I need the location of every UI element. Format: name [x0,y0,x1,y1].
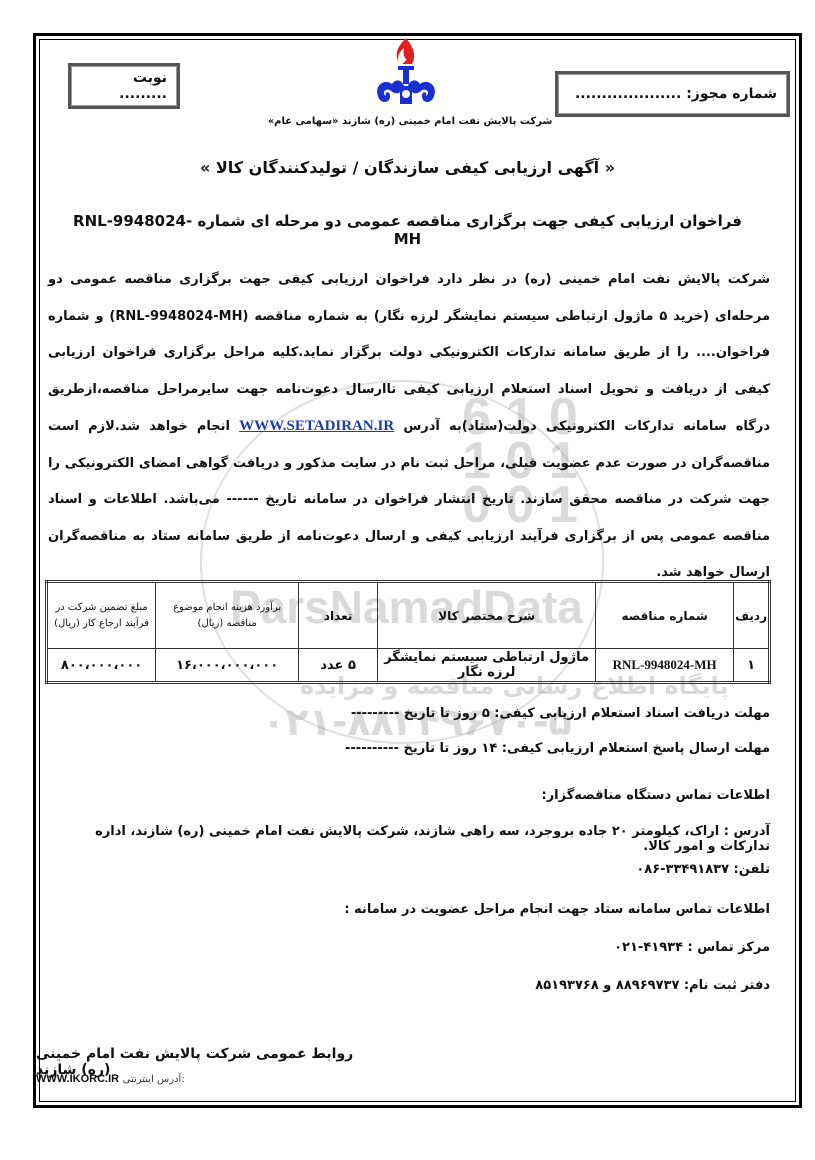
cell-item-description: ماژول ارتباطی سیستم نمایشگر لرزه نگار [378,649,596,683]
turn-number-label: نوبت ......... [81,70,167,102]
setadiran-link[interactable]: WWW.SETADIRAN.IR [239,418,394,434]
table-header-row: ردیف شماره مناقصه شرح مختصر کالا تعداد ب… [47,582,770,649]
announcement-subtitle: فراخوان ارزیابی کیفی جهت برگزاری مناقصه … [60,212,755,248]
tender-table: ردیف شماره مناقصه شرح مختصر کالا تعداد ب… [45,580,771,684]
contact-heading: اطلاعات تماس دستگاه مناقصه‌گزار: [48,788,770,803]
company-subtitle: شرکت پالایش نفت امام خمینی (ره) شازند «س… [250,116,570,127]
body-part-2: انجام خواهد شد.لازم است مناقصه‌گران در ص… [48,419,770,580]
contact-address: آدرس : اراک، کیلومتر ۲۰ جاده بروجرد، سه … [48,824,770,854]
setad-registration-office: دفتر ثبت نام: ۸۸۹۶۹۷۳۷ و ۸۵۱۹۳۷۶۸ [48,978,770,993]
header-item-description: شرح مختصر کالا [378,582,596,649]
header-quantity: تعداد [299,582,378,649]
setad-contact-heading: اطلاعات تماس سامانه ستاد جهت انجام مراحل… [48,902,770,917]
deadline-receive: مهلت دریافت اسناد استعلام ارزیابی کیفی: … [48,706,770,721]
contact-phone: تلفن: ۳۳۴۹۱۸۳۷-۰۸۶ [48,862,770,877]
ikorc-website-link[interactable]: WWW.IKORC.IR [36,1073,119,1085]
deadline-submit: مهلت ارسال پاسخ استعلام ارزیابی کیفی: ۱۴… [48,741,770,756]
header-tender-number: شماره مناقصه [596,582,734,649]
cell-row-number: ۱ [734,649,770,683]
permit-number-label: شماره مجوز: .................... [575,86,777,102]
cell-quantity: ۵ عدد [299,649,378,683]
permit-number-box: شماره مجوز: .................... [555,71,790,117]
cell-cost-estimate: ۱۶،۰۰۰،۰۰۰،۰۰۰ [156,649,299,683]
announcement-title: « آگهی ارزیابی کیفی سازندگان / تولیدکنند… [60,158,755,177]
announcement-body: شرکت پالایش نفت امام خمینی (ره) در نظر د… [48,262,770,592]
cell-tender-number: RNL-9948024-MH [596,649,734,683]
website-label: آدرس اینترنتی: [123,1074,185,1085]
header-cost-estimate: برآورد هزینه انجام موضوع مناقصه (ریال) [156,582,299,649]
table-row: ۱ RNL-9948024-MH ماژول ارتباطی سیستم نما… [47,649,770,683]
turn-number-box: نوبت ......... [68,63,180,109]
header-row-number: ردیف [734,582,770,649]
footer-website: WWW.IKORC.IR آدرس اینترنتی: [36,1072,185,1085]
nioc-flame-logo-icon [366,34,446,114]
header-guarantee-amount: مبلغ تضمین شرکت در فرآیند ارجاع کار (ریا… [47,582,156,649]
setad-call-center: مرکز تماس : ۴۱۹۳۴-۰۲۱ [48,940,770,955]
body-part-1: شرکت پالایش نفت امام خمینی (ره) در نظر د… [48,272,770,434]
cell-guarantee-amount: ۸۰۰،۰۰۰،۰۰۰ [47,649,156,683]
